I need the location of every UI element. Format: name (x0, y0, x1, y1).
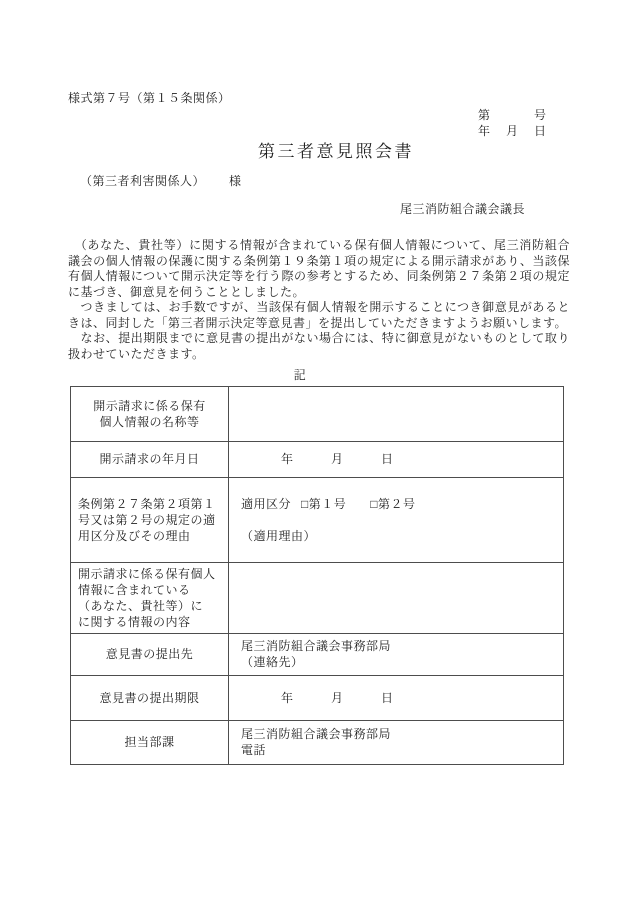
row-submission-destination: 意見書の提出先 尾三消防組合議会事務部局 （連絡先） (71, 633, 564, 675)
category-label: 適用区分 (241, 497, 291, 511)
row-submission-destination-value: 尾三消防組合議会事務部局 （連絡先） (229, 633, 564, 675)
document-number-block: 第 号 年 月 日 (68, 107, 570, 139)
page-title: 第三者意見照会書 (68, 141, 570, 163)
application-category-options: 適用区分□第１号□第２号 (241, 496, 551, 512)
row-request-date: 開示請求の年月日 年 月 日 (71, 441, 564, 477)
option1-label: 第１号 (309, 497, 347, 511)
record-marker: 記 (68, 368, 570, 384)
row-submission-deadline-label: 意見書の提出期限 (71, 675, 229, 720)
row-application-category-value: 適用区分□第１号□第２号 （適用理由） (229, 477, 564, 562)
form-table: 開示請求に係る保有 個人情報の名称等 開示請求の年月日 年 月 日 条例第２７条… (70, 386, 564, 765)
recipient-honorific: 様 (229, 174, 242, 188)
recipient-line: （第三者利害関係人）様 (68, 173, 570, 190)
row-held-info-name-label: 開示請求に係る保有 個人情報の名称等 (71, 386, 229, 441)
option2-label: 第２号 (378, 497, 416, 511)
row-submission-destination-label: 意見書の提出先 (71, 633, 229, 675)
body-paragraphs: （あなた、貴社等）に関する情報が含まれている保有個人情報について、尾三消防組合議… (68, 238, 570, 362)
row-application-category: 条例第２７条第２項第１ 号又は第２号の規定の適 用区分及びその理由 適用区分□第… (71, 477, 564, 562)
document-page: 様式第７号（第１５条関係） 第 号 年 月 日 第三者意見照会書 （第三者利害関… (0, 0, 630, 903)
row-submission-deadline: 意見書の提出期限 年 月 日 (71, 675, 564, 720)
row-request-date-value: 年 月 日 (229, 441, 564, 477)
form-number: 様式第７号（第１５条関係） (68, 90, 570, 107)
row-info-content: 開示請求に係る保有個人 情報に含まれている （あなた、貴社等）に に関する情報の… (71, 562, 564, 633)
row-department-value: 尾三消防組合議会事務部局 電話 (229, 720, 564, 764)
document-number-line: 第 号 (68, 107, 548, 123)
recipient-name: （第三者利害関係人） (80, 174, 205, 188)
checkbox-option1-icon: □ (301, 496, 309, 512)
row-info-content-value (229, 562, 564, 633)
row-submission-deadline-value: 年 月 日 (229, 675, 564, 720)
row-info-content-label: 開示請求に係る保有個人 情報に含まれている （あなた、貴社等）に に関する情報の… (71, 562, 229, 633)
row-department-label: 担当部課 (71, 720, 229, 764)
row-request-date-label: 開示請求の年月日 (71, 441, 229, 477)
row-held-info-name-value (229, 386, 564, 441)
document-date-line: 年 月 日 (68, 123, 548, 139)
checkbox-option2-icon: □ (370, 496, 378, 512)
sender-name: 尾三消防組合議会議長 (68, 201, 570, 218)
paragraph-1: （あなた、貴社等）に関する情報が含まれている保有個人情報について、尾三消防組合議… (68, 238, 570, 300)
row-department: 担当部課 尾三消防組合議会事務部局 電話 (71, 720, 564, 764)
paragraph-3: なお、提出期限までに意見書の提出がない場合には、特に御意見がないものとして取り扱… (68, 331, 570, 362)
application-reason-label: （適用理由） (241, 528, 551, 544)
row-held-info-name: 開示請求に係る保有 個人情報の名称等 (71, 386, 564, 441)
row-application-category-label: 条例第２７条第２項第１ 号又は第２号の規定の適 用区分及びその理由 (71, 477, 229, 562)
paragraph-2: つきましては、お手数ですが、当該保有個人情報を開示することにつき御意見があるとき… (68, 300, 570, 331)
